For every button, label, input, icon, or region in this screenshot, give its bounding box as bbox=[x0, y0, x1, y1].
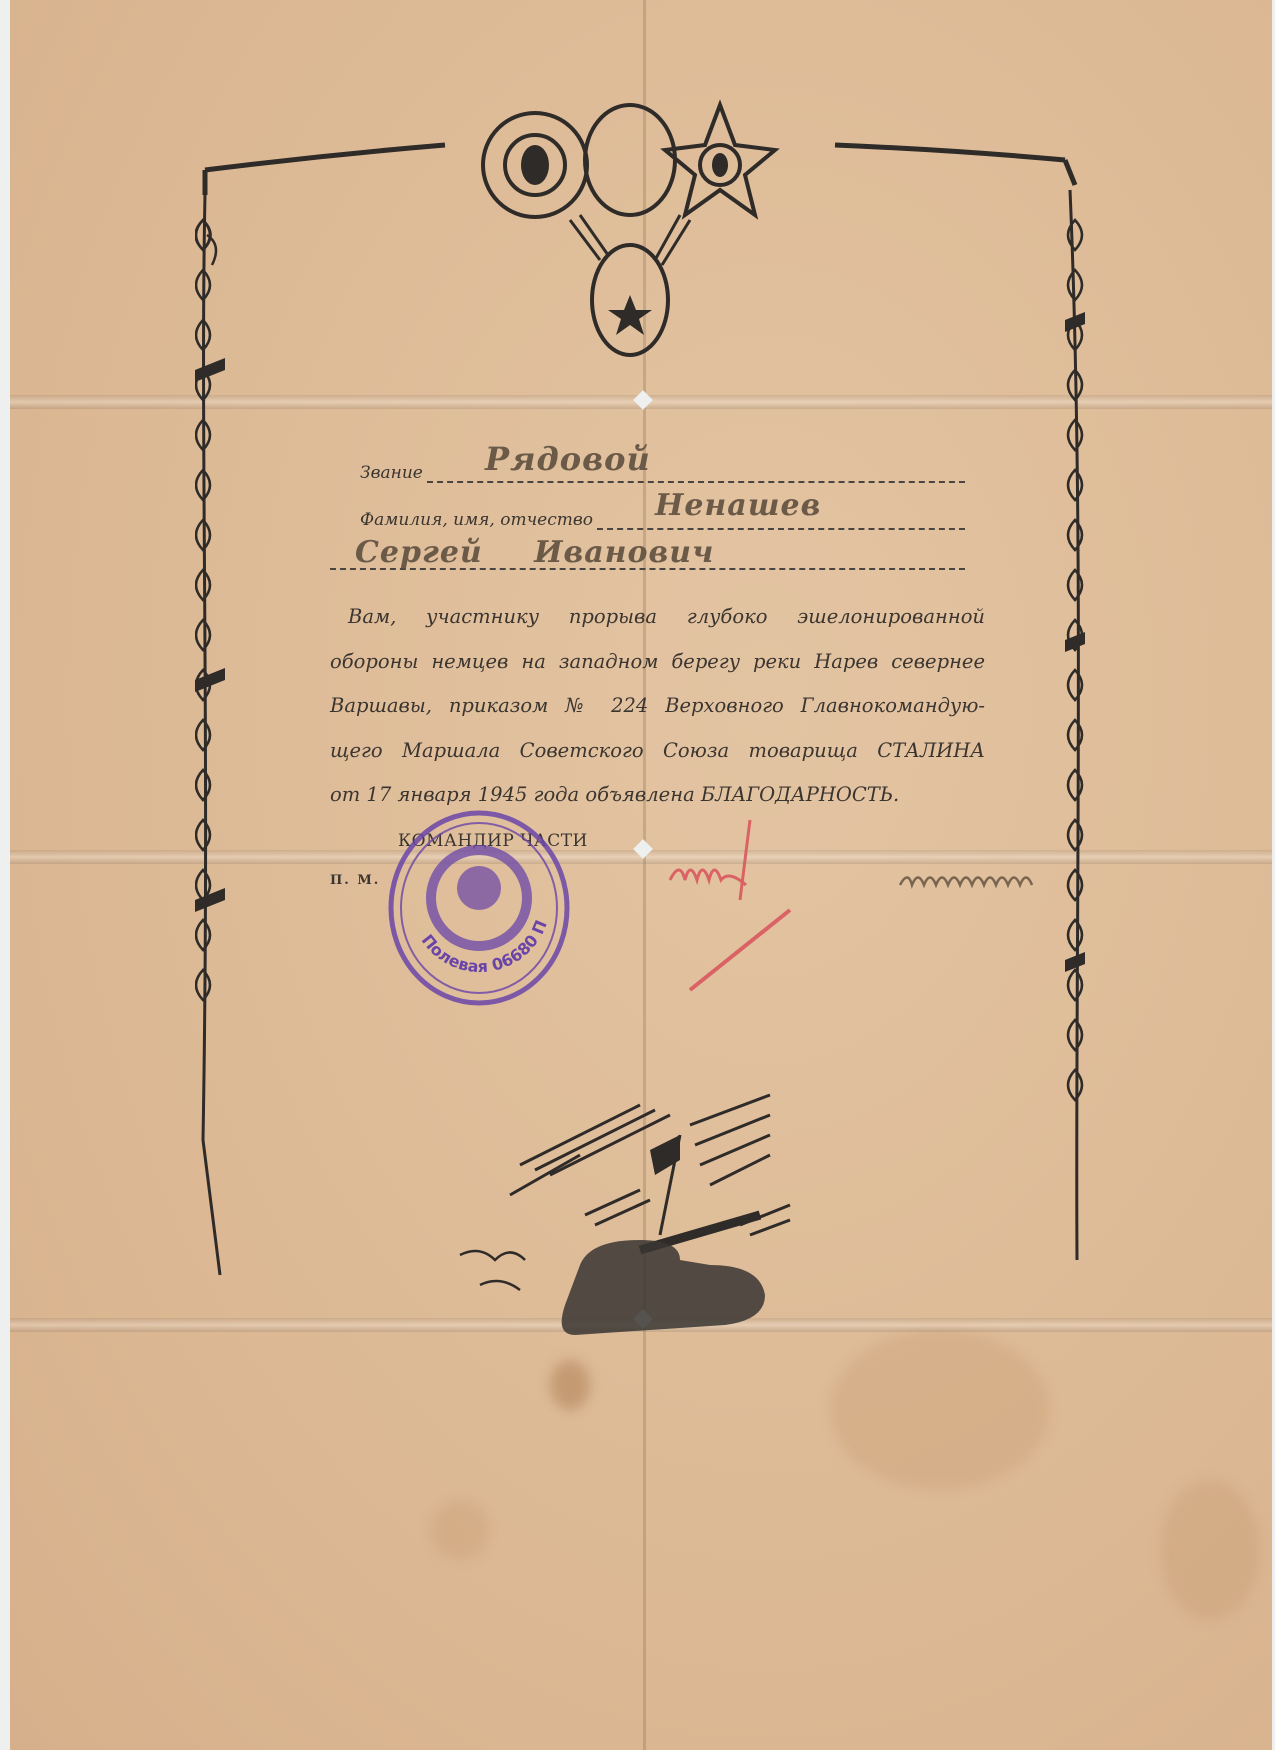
name-label: Фамилия, имя, отчество bbox=[360, 510, 593, 530]
name-line bbox=[597, 527, 965, 530]
official-stamp-icon: Полевая 06680 По... bbox=[385, 808, 573, 1008]
orders-medals-ribbon-icon bbox=[470, 95, 800, 360]
surname-value: Ненашев bbox=[655, 488, 821, 523]
body-line-2: обороны немцев на западном берегу реки Н… bbox=[330, 640, 985, 685]
stain bbox=[830, 1330, 1050, 1490]
tank-with-flag-icon bbox=[440, 1075, 840, 1335]
right-signature bbox=[895, 865, 1065, 900]
body-line-3: Варшавы, приказом № 224 Верховного Главн… bbox=[330, 684, 985, 729]
body-line-4: щего Маршала Советского Союза товарища С… bbox=[330, 729, 985, 774]
rank-line bbox=[427, 480, 965, 483]
body-line-1: Вам, участнику прорыва глубоко эшелониро… bbox=[330, 595, 985, 640]
commendation-text: Вам, участнику прорыва глубоко эшелониро… bbox=[330, 595, 985, 818]
stain bbox=[430, 1500, 490, 1560]
stain bbox=[550, 1360, 590, 1410]
rank-label: Звание bbox=[360, 463, 423, 483]
pm-label: П. М. bbox=[330, 873, 380, 888]
stain bbox=[1160, 1480, 1260, 1620]
given-names-value: Сергей Иванович bbox=[355, 535, 714, 570]
rank-value: Рядовой bbox=[485, 440, 651, 478]
red-pencil-signature bbox=[660, 810, 810, 1010]
handwritten-signature-icon bbox=[895, 865, 1065, 895]
rank-field: Звание bbox=[360, 463, 965, 483]
